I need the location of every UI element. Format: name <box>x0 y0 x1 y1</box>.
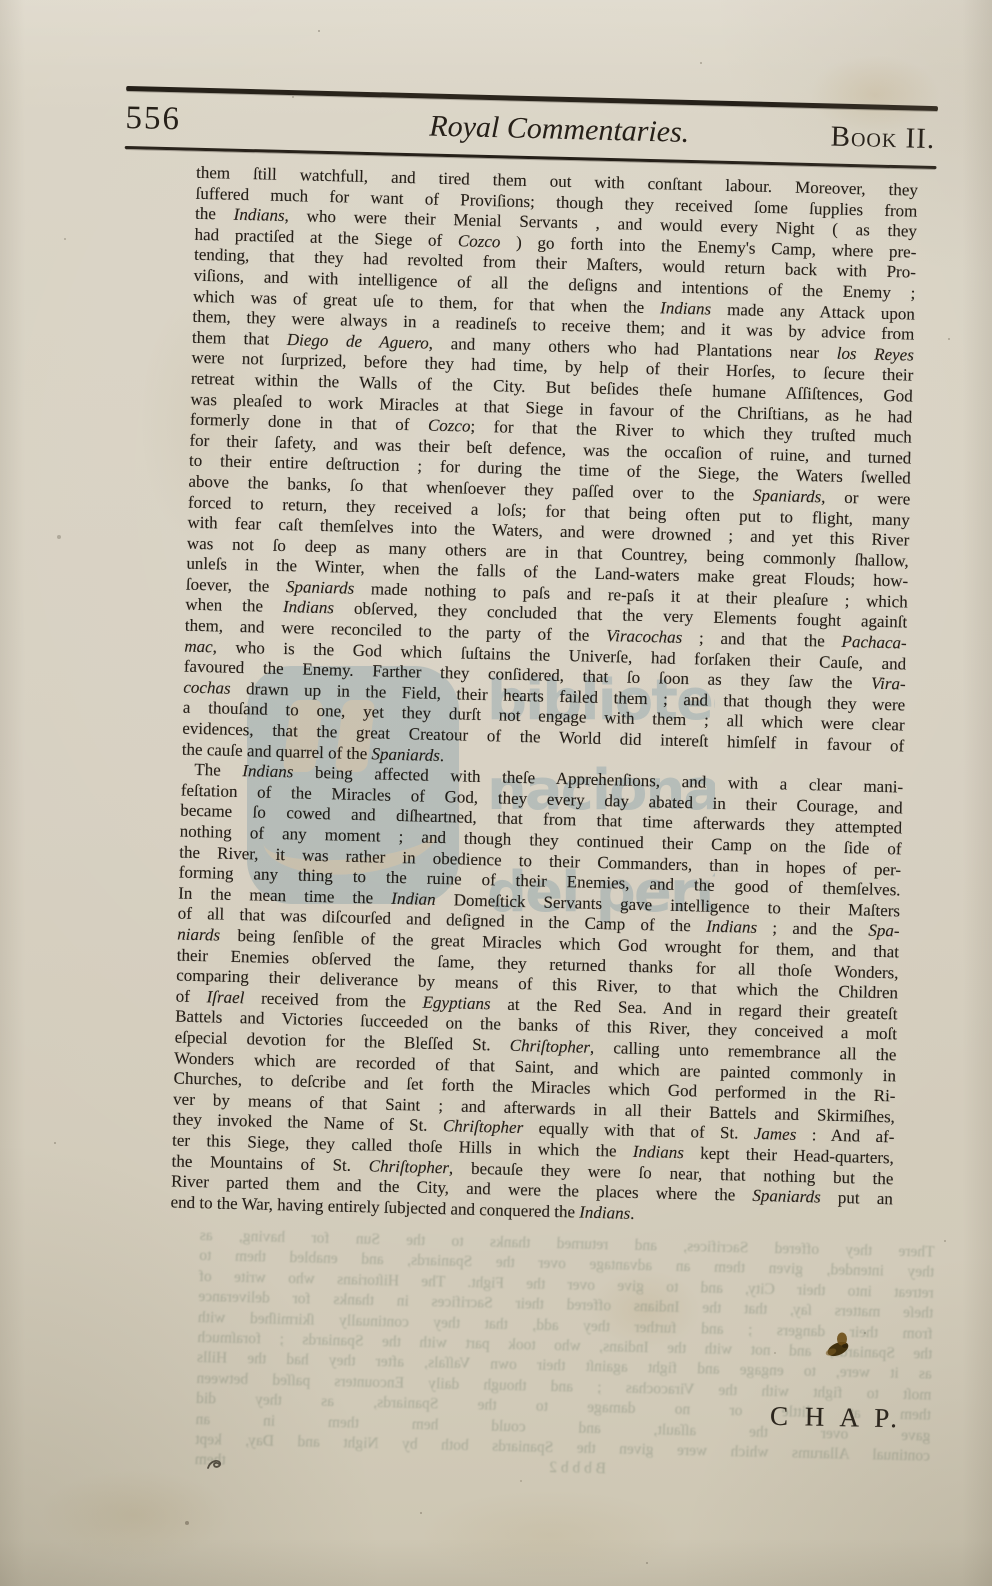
paper-stain <box>40 1470 230 1560</box>
book-label: Book II. <box>785 119 936 156</box>
ink-blot <box>818 1328 858 1367</box>
printed-page: 556 Royal Commentaries. Book II. them ſt… <box>98 56 938 1231</box>
book-page-scan: { "header": { "page_number": "556", "tit… <box>0 0 992 1586</box>
body-text: them ſtill watchfull, and tired them out… <box>170 163 918 1231</box>
chapter-catchword: C H A P. <box>770 1401 902 1435</box>
paper-specks <box>0 0 2 2</box>
running-title: Royal Commentaries. <box>205 104 786 152</box>
pen-squiggle <box>206 1458 228 1477</box>
paper-stain <box>420 1490 680 1580</box>
page-number: 556 <box>125 100 206 139</box>
